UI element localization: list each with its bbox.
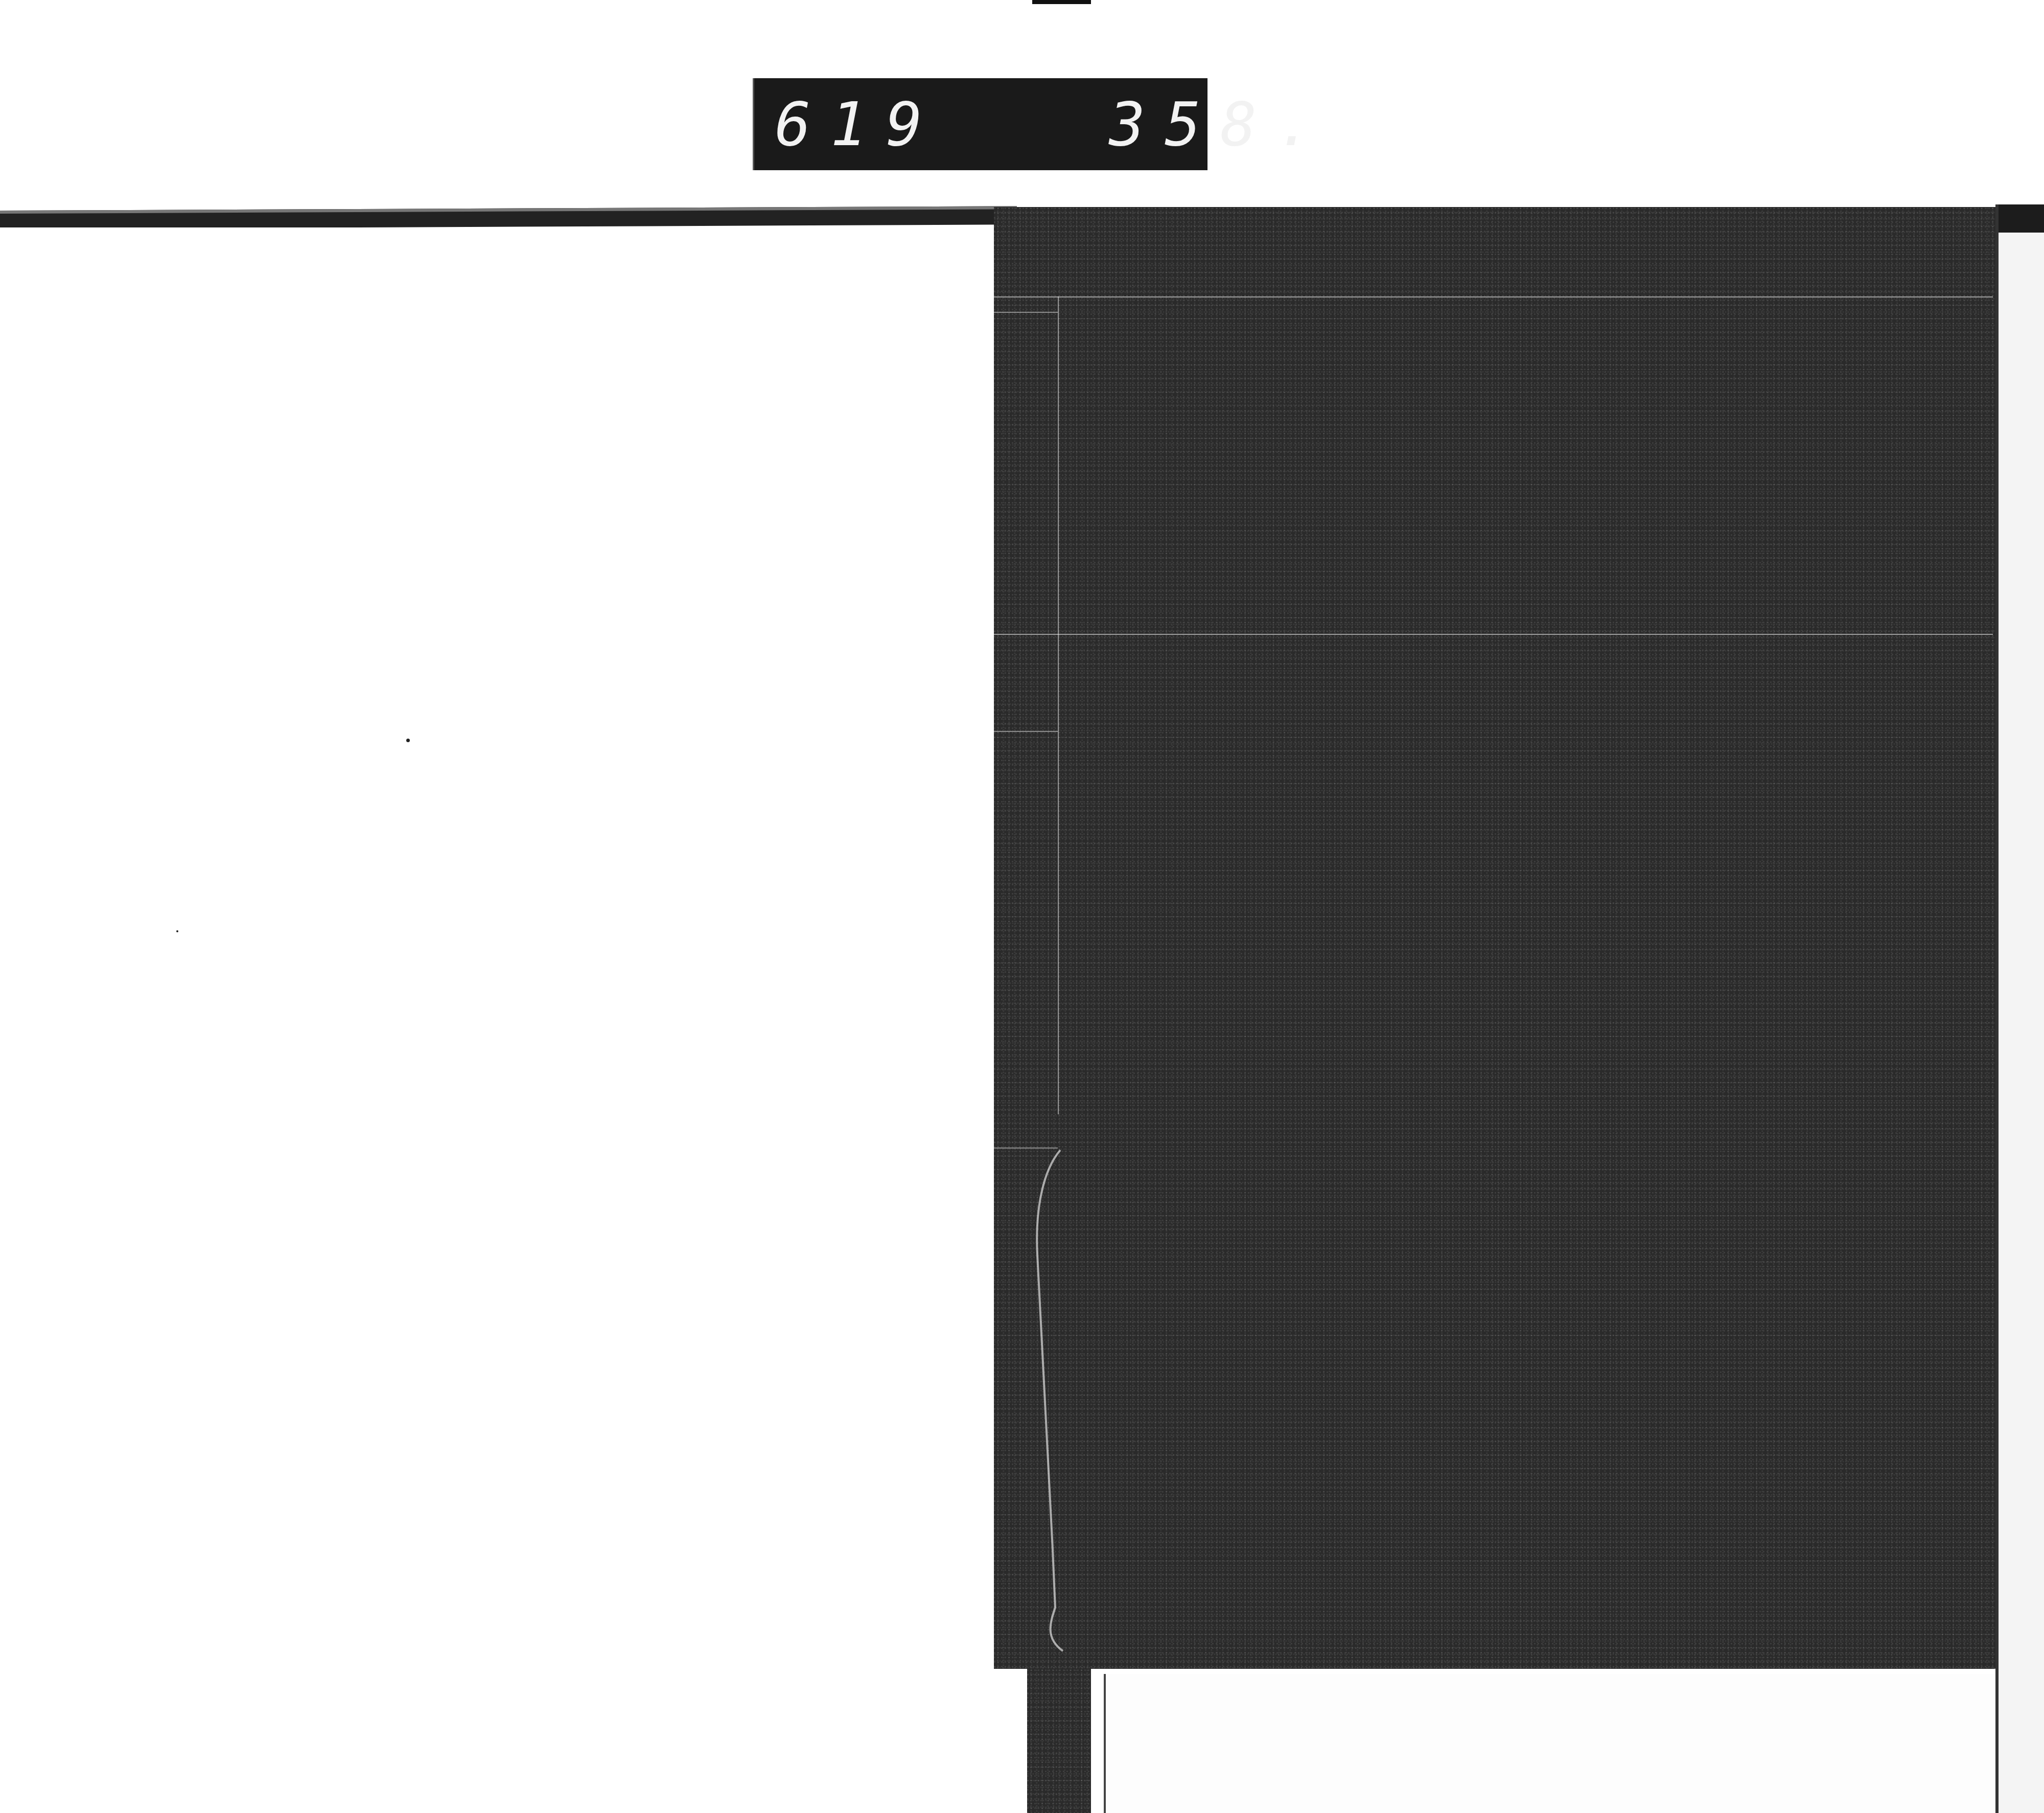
cover-crease-line [994, 207, 1147, 1669]
frame-number-label: 619 358. [753, 78, 1207, 170]
right-edge-cap [1999, 204, 2044, 233]
page-speck [406, 739, 410, 742]
top-border-bar [0, 206, 1017, 229]
film-edge-tab [1032, 0, 1091, 4]
frame-number-text: 619 358. [775, 94, 1332, 154]
book-cover [994, 207, 2008, 1669]
cover-spine-strip [1027, 1669, 1091, 1813]
blank-bottom-page [1104, 1674, 1995, 1813]
blank-left-page [0, 227, 994, 1813]
right-film-edge [1995, 204, 2044, 1813]
page-speck [176, 930, 178, 932]
